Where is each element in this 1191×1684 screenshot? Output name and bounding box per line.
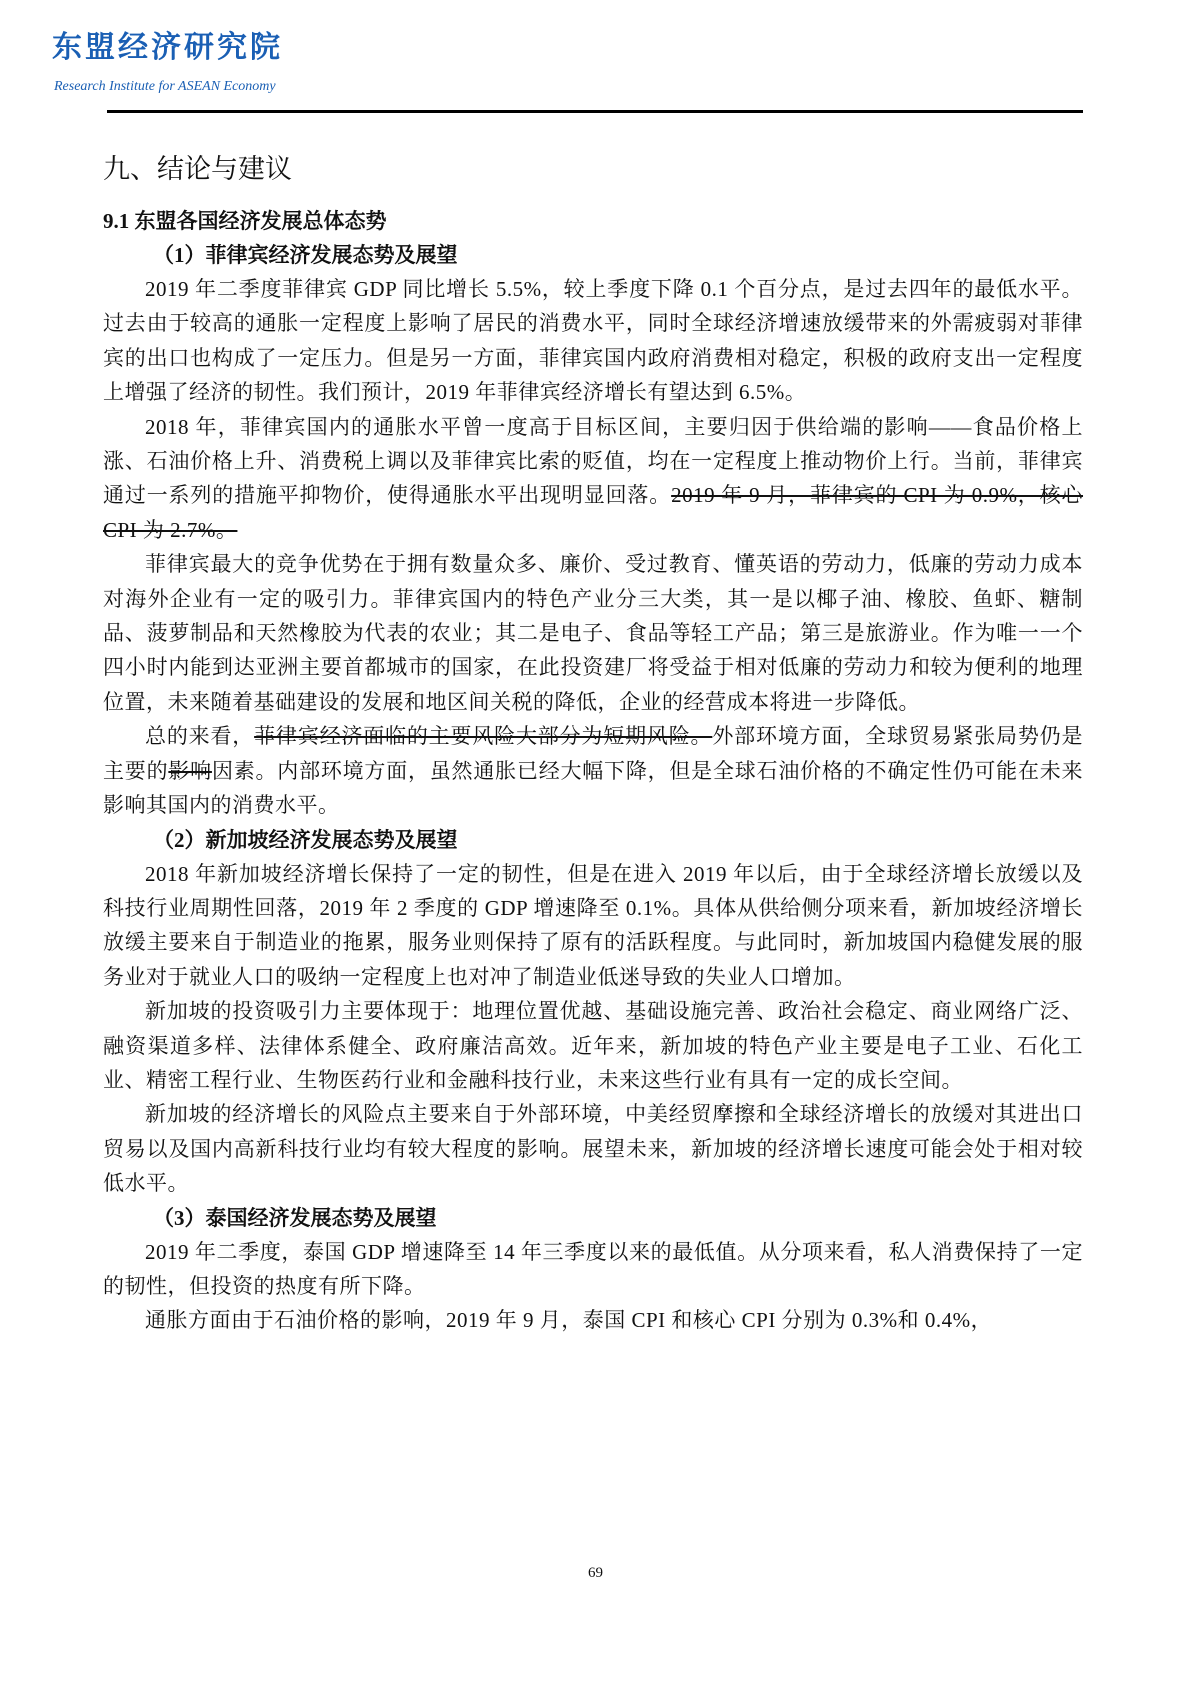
page-number: 69 — [0, 1565, 1191, 1582]
subsection-title-singapore: （2）新加坡经济发展态势及展望 — [103, 823, 1083, 857]
paragraph-text: 总的来看， — [145, 724, 254, 748]
section-title: 9.1 东盟各国经济发展总体态势 — [103, 204, 1083, 238]
chapter-title: 九、结论与建议 — [103, 150, 1083, 190]
paragraph: 2018 年，菲律宾国内的通胀水平曾一度高于目标区间，主要归因于供给端的影响——… — [103, 410, 1083, 548]
paragraph: 新加坡的经济增长的风险点主要来自于外部环境，中美经贸摩擦和全球经济增长的放缓对其… — [103, 1097, 1083, 1200]
paragraph: 通胀方面由于石油价格的影响，2019 年 9 月，泰国 CPI 和核心 CPI … — [103, 1303, 1083, 1337]
paragraph-text: 因素。内部环境方面，虽然通胀已经大幅下降，但是全球石油价格的不确定性仍可能在未来… — [103, 759, 1083, 817]
institute-logo-en: Research Institute for ASEAN Economy — [54, 78, 276, 96]
document-body: 九、结论与建议 9.1 东盟各国经济发展总体态势 （1）菲律宾经济发展态势及展望… — [103, 150, 1083, 1338]
paragraph: 总的来看，菲律宾经济面临的主要风险大部分为短期风险。外部环境方面，全球贸易紧张局… — [103, 719, 1083, 822]
paragraph: 新加坡的投资吸引力主要体现于：地理位置优越、基础设施完善、政治社会稳定、商业网络… — [103, 994, 1083, 1097]
institute-logo-cn: 东盟经济研究院 — [52, 30, 283, 66]
paragraph: 2018 年新加坡经济增长保持了一定的韧性，但是在进入 2019 年以后，由于全… — [103, 857, 1083, 995]
struck-text: 影响 — [168, 759, 212, 783]
paragraph: 2019 年二季度菲律宾 GDP 同比增长 5.5%，较上季度下降 0.1 个百… — [103, 272, 1083, 410]
subsection-title-thailand: （3）泰国经济发展态势及展望 — [103, 1201, 1083, 1235]
struck-text: 菲律宾经济面临的主要风险大部分为短期风险。 — [254, 724, 712, 748]
paragraph: 2019 年二季度，泰国 GDP 增速降至 14 年三季度以来的最低值。从分项来… — [103, 1235, 1083, 1304]
subsection-title-philippines: （1）菲律宾经济发展态势及展望 — [103, 238, 1083, 272]
paragraph: 菲律宾最大的竞争优势在于拥有数量众多、廉价、受过教育、懂英语的劳动力，低廉的劳动… — [103, 547, 1083, 719]
header-divider — [107, 110, 1083, 113]
